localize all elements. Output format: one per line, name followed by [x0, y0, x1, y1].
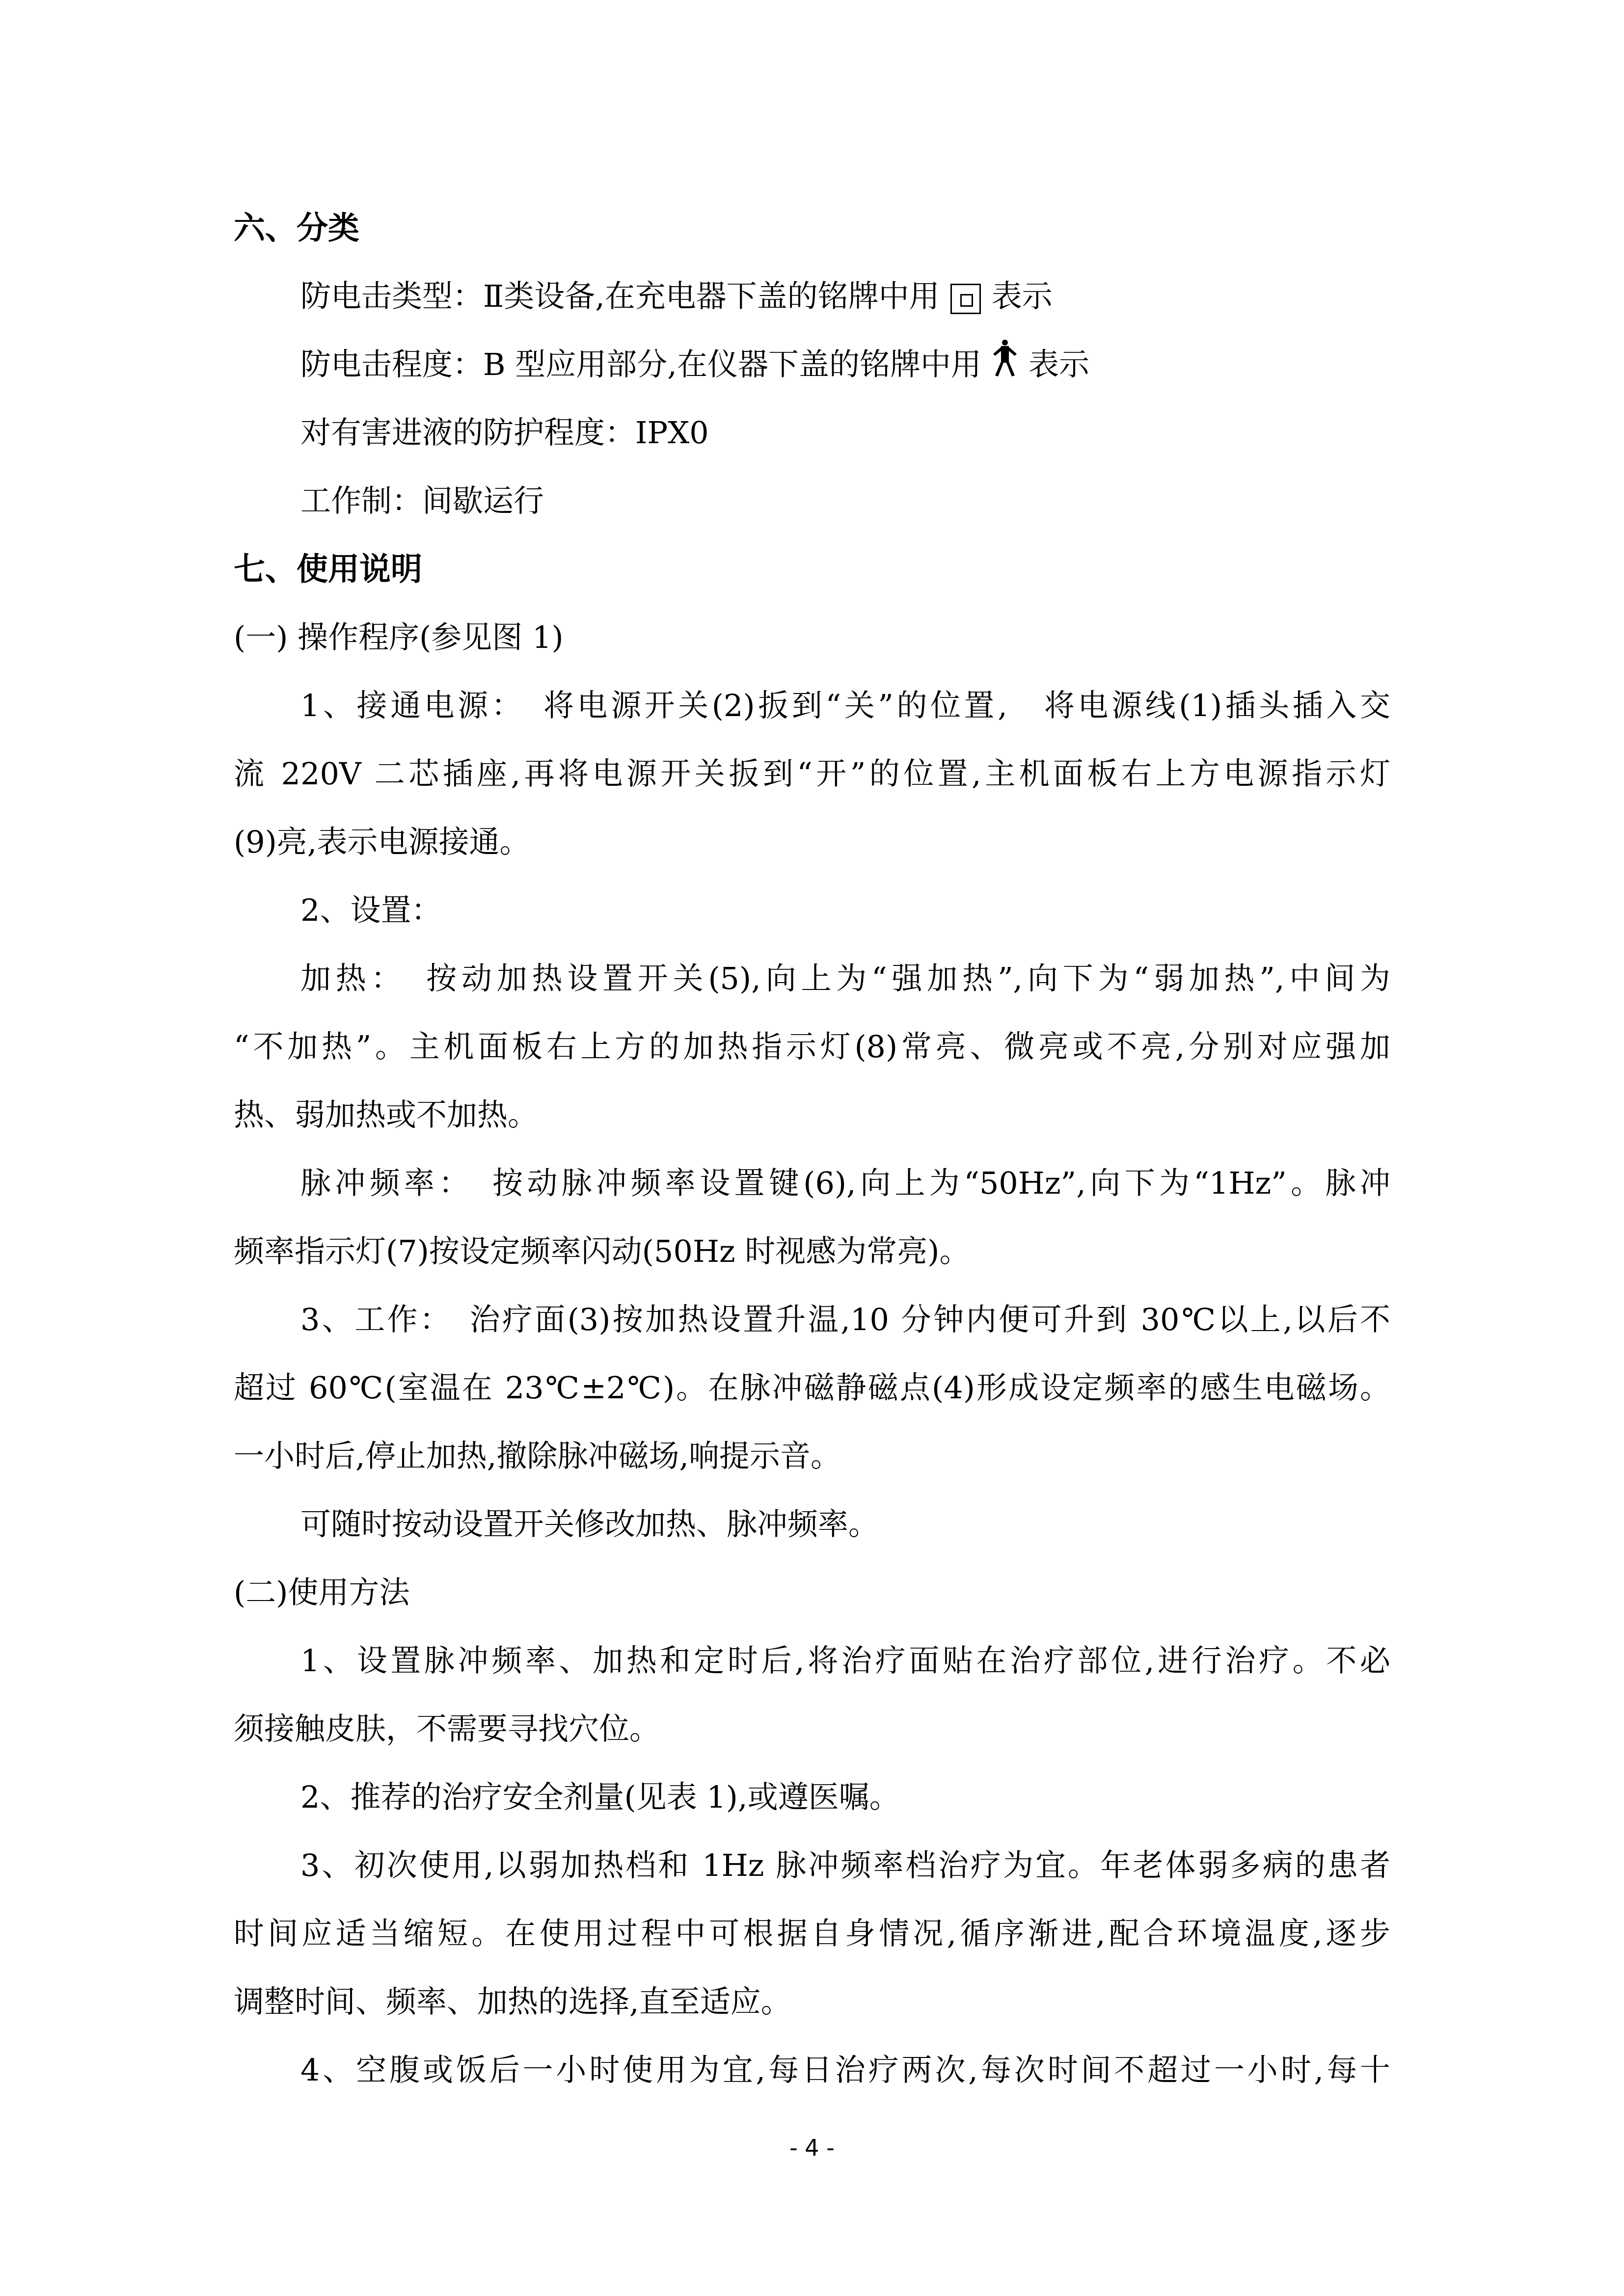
step3-line3: 一小时后,停止加热,撤除脉冲磁场,响提示音。 [234, 1422, 1390, 1490]
work-mode-line: 工作制：间歇运行 [300, 467, 1390, 535]
use3-line1: 3、初次使用,以弱加热档和 1Hz 脉冲频率档治疗为宜。年老体弱多病的患者 [300, 1831, 1390, 1899]
modify-note: 可随时按动设置开关修改加热、脉冲频率。 [300, 1490, 1390, 1558]
shock-type-text: 防电击类型：Ⅱ类设备,在充电器下盖的铭牌中用 [300, 278, 940, 314]
subsection-heading-operation: (一) 操作程序(参见图 1) [234, 603, 1390, 671]
shock-type-suffix: 表示 [992, 278, 1053, 314]
liquid-protection-line: 对有害进液的防护程度：IPX0 [300, 399, 1390, 467]
type-b-applied-part-person-icon [992, 333, 1018, 401]
use4-line1: 4、空腹或饭后一小时使用为宜,每日治疗两次,每次时间不超过一小时,每十 [300, 2036, 1390, 2104]
shock-type-line: 防电击类型：Ⅱ类设备,在充电器下盖的铭牌中用表示 [300, 262, 1390, 330]
heat-line3: 热、弱加热或不加热。 [234, 1081, 1390, 1149]
section-heading-classification: 六、分类 [234, 194, 1390, 262]
heading-text: 七、使用说明 [234, 551, 422, 587]
work-mode-text: 工作制：间歇运行 [300, 483, 544, 519]
step3-line2: 超过 60℃(室温在 23℃±2℃)。在脉冲磁静磁点(4)形成设定频率的感生电磁… [234, 1354, 1390, 1422]
subsection-text: (一) 操作程序(参见图 1) [234, 619, 564, 655]
liquid-protection-text: 对有害进液的防护程度：IPX0 [300, 415, 709, 451]
use2-line1: 2、推荐的治疗安全剂量(见表 1),或遵医嘱。 [300, 1763, 1390, 1831]
pulse-line1: 脉冲频率： 按动脉冲频率设置键(6),向上为“50Hz”,向下为“1Hz”。脉冲 [300, 1149, 1390, 1217]
use3-line3: 调整时间、频率、加热的选择,直至适应。 [234, 1968, 1390, 2036]
step1-line1: 1、接通电源： 将电源开关(2)扳到“关”的位置, 将电源线(1)插头插入交 [300, 671, 1390, 740]
step2-title: 2、设置： [300, 876, 1390, 944]
document-page: 六、分类 防电击类型：Ⅱ类设备,在充电器下盖的铭牌中用表示 防电击程度：B 型应… [0, 0, 1624, 2296]
step1-line3: (9)亮,表示电源接通。 [234, 808, 1390, 876]
class-ii-double-square-icon [950, 284, 981, 314]
use1-line1: 1、设置脉冲频率、加热和定时后,将治疗面贴在治疗部位,进行治疗。不必 [300, 1627, 1390, 1695]
section-heading-instructions: 七、使用说明 [234, 535, 1390, 603]
heat-line2: “不加热”。主机面板右上方的加热指示灯(8)常亮、微亮或不亮,分别对应强加 [234, 1013, 1390, 1081]
shock-degree-text: 防电击程度：B 型应用部分,在仪器下盖的铭牌中用 [300, 347, 981, 382]
shock-degree-suffix: 表示 [1029, 347, 1089, 382]
heat-line1: 加热： 按动加热设置开关(5),向上为“强加热”,向下为“弱加热”,中间为 [300, 944, 1390, 1013]
shock-degree-line: 防电击程度：B 型应用部分,在仪器下盖的铭牌中用表示 [300, 330, 1390, 399]
step1-line2: 流 220V 二芯插座,再将电源开关扳到“开”的位置,主机面板右上方电源指示灯 [234, 740, 1390, 808]
heading-text: 六、分类 [234, 210, 359, 246]
pulse-line2: 频率指示灯(7)按设定频率闪动(50Hz 时视感为常亮)。 [234, 1217, 1390, 1285]
use3-line2: 时间应适当缩短。在使用过程中可根据自身情况,循序渐进,配合环境温度,逐步 [234, 1899, 1390, 1968]
subsection-heading-usage: (二)使用方法 [234, 1558, 1390, 1627]
use1-line2: 须接触皮肤，不需要寻找穴位。 [234, 1695, 1390, 1763]
page-number: - 4 - [0, 2135, 1624, 2161]
step3-line1: 3、工作： 治疗面(3)按加热设置升温,10 分钟内便可升到 30℃以上,以后不 [300, 1285, 1390, 1354]
